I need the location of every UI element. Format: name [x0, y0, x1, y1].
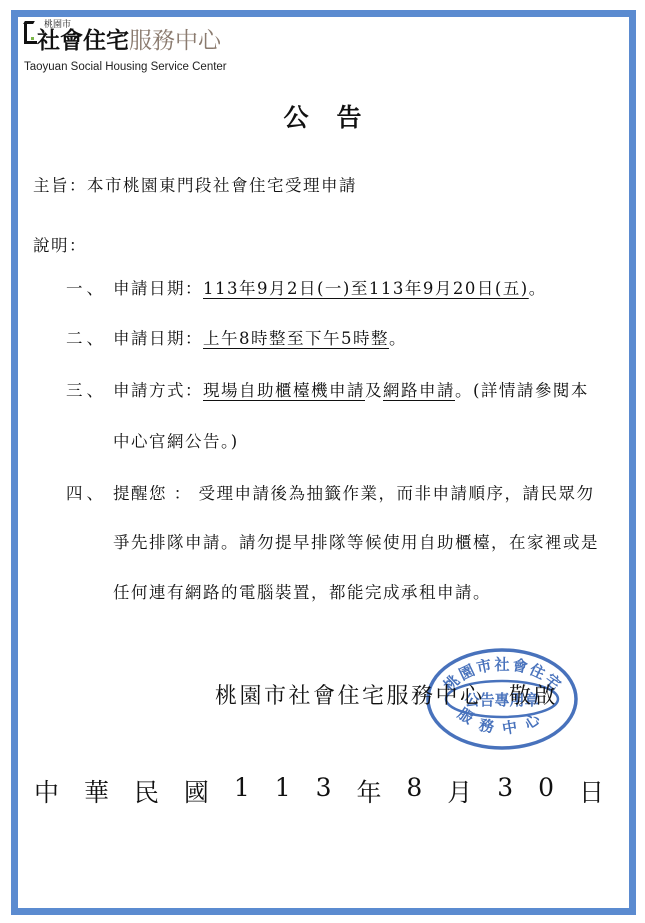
date-char: 0 [538, 773, 554, 809]
item-3-line-2: 中心官網公告。) [113, 428, 239, 452]
item-label: 申請日期： [113, 279, 203, 298]
item-number: 一、 [66, 275, 107, 299]
date-char: 民 [134, 773, 159, 809]
logo-title-bold: 社會住宅 [37, 28, 129, 54]
item-underlined-b: 網路申請 [383, 381, 455, 400]
date-char: 日 [579, 773, 604, 809]
date-char: 年 [356, 773, 381, 809]
item-tail: 。 [389, 329, 407, 348]
house-logo-icon [24, 23, 37, 44]
item-number: 二、 [66, 325, 107, 349]
explanation-label: 說明： [33, 232, 87, 256]
date-char: 3 [497, 773, 513, 809]
item-number: 三、 [66, 377, 107, 401]
item-underlined-a: 現場自助櫃檯機申請 [203, 381, 365, 400]
item-3: 申請方式：現場自助櫃檯機申請及網路申請。(詳情請參閱本 [113, 377, 589, 401]
date-char: 8 [406, 773, 422, 809]
subject-label: 主旨： [33, 176, 87, 195]
date-char: 3 [316, 773, 332, 809]
item-4-line-3: 任何連有網路的電腦裝置，都能完成承租申請。 [113, 579, 491, 603]
item-underlined: 113年9月2日(一)至113年9月20日(五) [203, 279, 529, 298]
logo-title: 社會住宅服務中心 [37, 28, 221, 54]
document-title: 公告 [0, 98, 645, 134]
date-char: 1 [275, 773, 291, 809]
date-char: 國 [184, 773, 209, 809]
item-joiner: 及 [365, 381, 383, 400]
subject-text: 本市桃園東門段社會住宅受理申請 [87, 176, 357, 195]
item-number: 四、 [66, 480, 107, 504]
item-label: 申請日期： [113, 329, 203, 348]
logo-title-light: 服務中心 [129, 28, 221, 54]
item-tail: 。(詳情請參閱本 [455, 381, 589, 400]
logo: 桃園市 社會住宅服務中心 Taoyuan Social Housing Serv… [24, 17, 264, 79]
item-underlined: 上午8時整至下午5時整 [203, 329, 389, 348]
item-line-1: 受理申請後為抽籤作業，而非申請順序，請民眾勿 [199, 484, 595, 503]
signature: 桃園市社會住宅服務中心 敬啟 [215, 679, 558, 710]
item-4: 提醒您 ： 受理申請後為抽籤作業，而非申請順序，請民眾勿 [113, 480, 595, 504]
item-label: 申請方式： [113, 381, 203, 400]
item-label: 提醒您 ： [113, 484, 192, 503]
item-1: 申請日期：113年9月2日(一)至113年9月20日(五)。 [113, 275, 547, 299]
subject: 主旨：本市桃園東門段社會住宅受理申請 [33, 172, 357, 196]
date-char: 月 [447, 773, 472, 809]
date-char: 中 [34, 773, 59, 809]
item-tail: 。 [529, 279, 547, 298]
item-2: 申請日期：上午8時整至下午5時整。 [113, 325, 407, 349]
date-line: 中 華 民 國 1 1 3 年 8 月 3 0 日 [34, 773, 604, 809]
logo-english: Taoyuan Social Housing Service Center [24, 61, 227, 73]
date-char: 華 [84, 773, 109, 809]
item-4-line-2: 爭先排隊申請。請勿提早排隊等候使用自助櫃檯，在家裡或是 [113, 529, 599, 553]
date-char: 1 [234, 773, 250, 809]
